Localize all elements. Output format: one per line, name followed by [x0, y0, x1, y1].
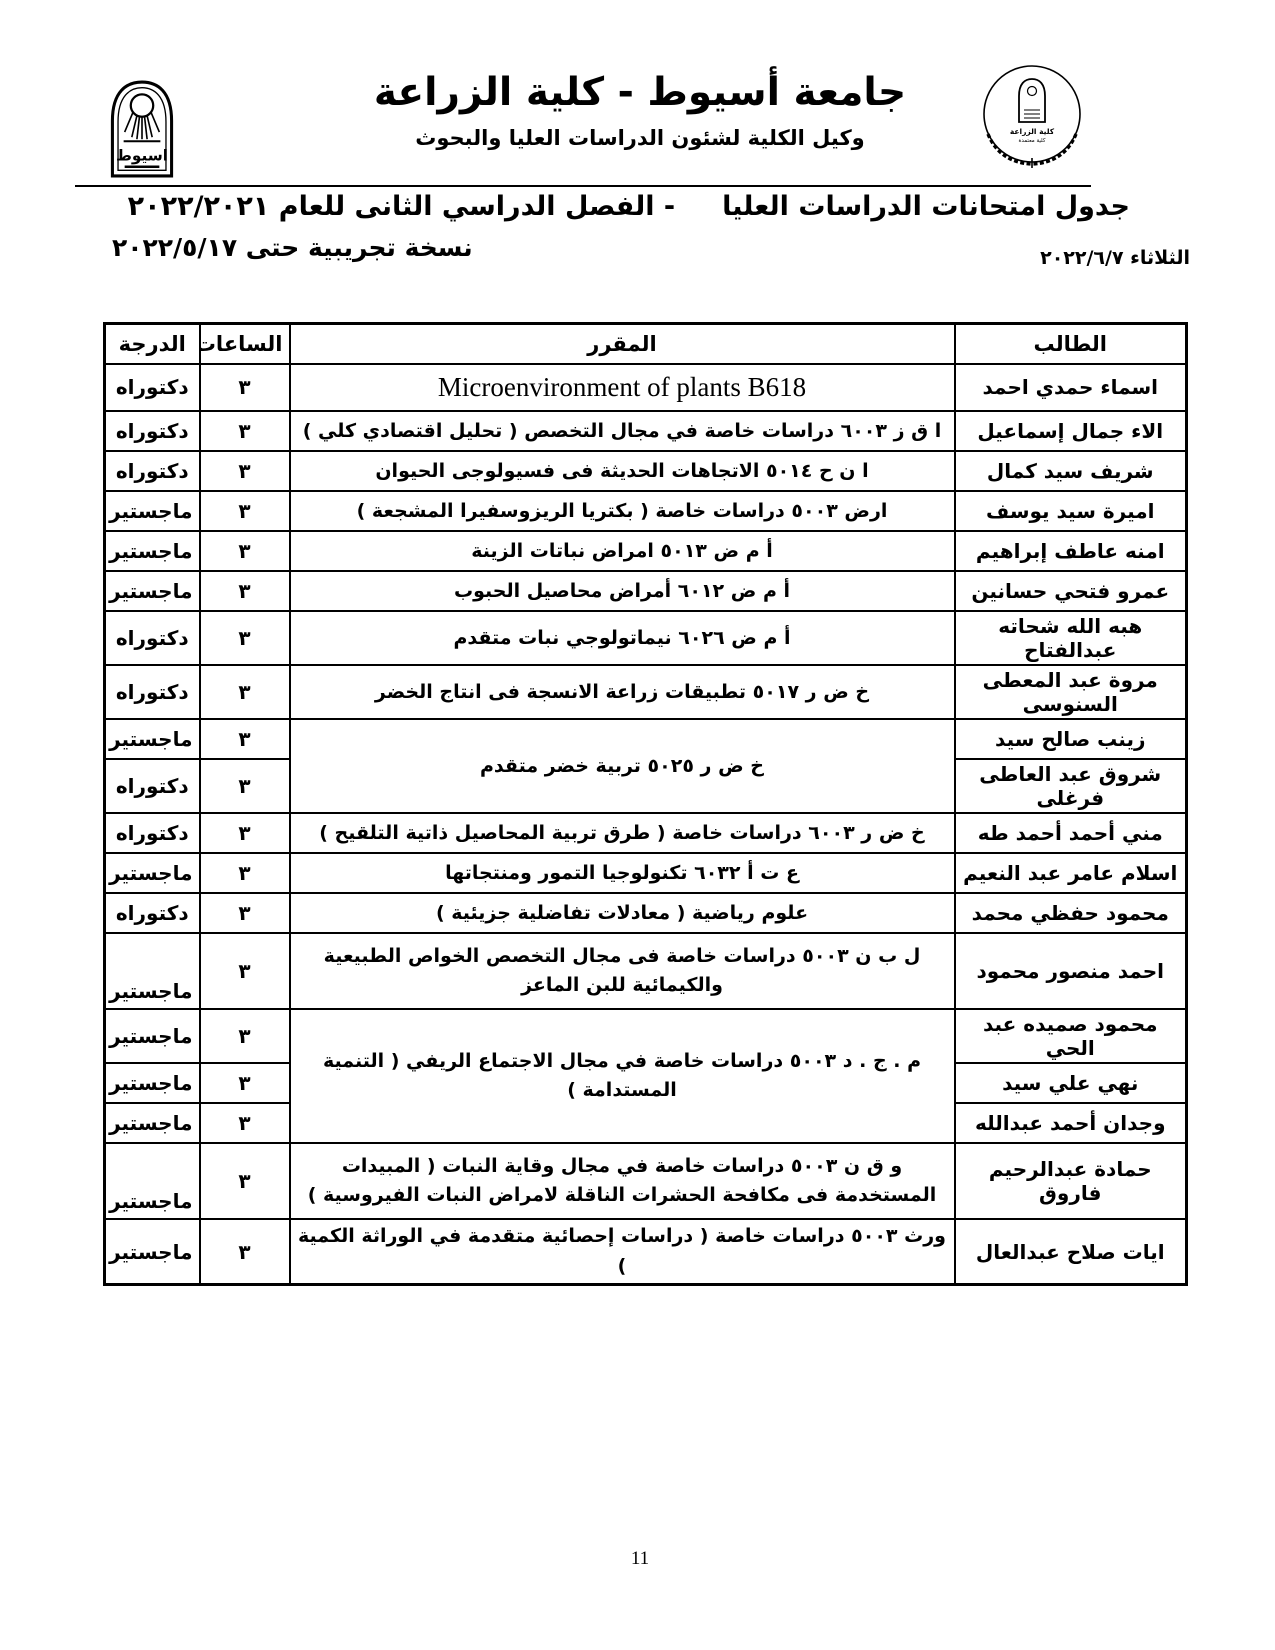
course-cell: ورث ٥٠٠٣ دراسات خاصة ( دراسات إحصائية مت… — [290, 1219, 955, 1284]
degree-cell: دكتوراه — [105, 611, 200, 665]
course-cell: Microenvironment of plants B618 — [290, 364, 955, 412]
degree-cell: ماجستير — [105, 719, 200, 759]
hours-cell: ٣ — [200, 933, 290, 1009]
hours-cell: ٣ — [200, 571, 290, 611]
schedule-title: جدول امتحانات الدراسات العليا - الفصل ال… — [130, 191, 1130, 222]
svg-text:الهيئة القومية لضمان جودة التع: الهيئة القومية لضمان جودة التعليم والاعت… — [969, 58, 973, 60]
table-header-row: الطالب المقرر الساعات الدرجة — [105, 324, 1187, 364]
degree-cell: دكتوراه — [105, 893, 200, 933]
hours-cell: ٣ — [200, 1219, 290, 1284]
table-row: محمود حفظي محمدعلوم رياضية ( معادلات تفا… — [105, 893, 1187, 933]
degree-cell: ماجستير — [105, 1219, 200, 1284]
student-cell: عمرو فتحي حسانين — [955, 571, 1187, 611]
course-cell: ع ت أ ٦٠٣٢ تكنولوجيا التمور ومنتجاتها — [290, 853, 955, 893]
table-row: الاء جمال إسماعيلا ق ز ٦٠٠٣ دراسات خاصة … — [105, 411, 1187, 451]
course-cell: م . ج . د ٥٠٠٣ دراسات خاصة في مجال الاجت… — [290, 1009, 955, 1143]
hours-cell: ٣ — [200, 665, 290, 719]
emblem-sun-icon — [131, 94, 153, 116]
course-cell: أ م ض ٦٠١٢ أمراض محاصيل الحبوب — [290, 571, 955, 611]
student-cell: وجدان أحمد عبدالله — [955, 1103, 1187, 1143]
emblem-city-label: اسيوط — [116, 147, 168, 165]
degree-cell: ماجستير — [105, 853, 200, 893]
table-row: امنه عاطف إبراهيمأ م ض ٥٠١٣ امراض نباتات… — [105, 531, 1187, 571]
seal-ring-text: ASSIUT UNIVERSITY FACULTY OF AGRICULTURE — [969, 58, 974, 60]
hours-cell: ٣ — [200, 611, 290, 665]
hours-cell: ٣ — [200, 491, 290, 531]
degree-cell: ماجستير — [105, 933, 200, 1009]
header-divider — [75, 185, 1091, 187]
table-row: هبه الله شحاته عبدالفتاحأ م ض ٦٠٢٦ نيمات… — [105, 611, 1187, 665]
col-header-course: المقرر — [290, 324, 955, 364]
hours-cell: ٣ — [200, 531, 290, 571]
table-row: ايات صلاح عبدالعالورث ٥٠٠٣ دراسات خاصة (… — [105, 1219, 1187, 1284]
hours-cell: ٣ — [200, 1103, 290, 1143]
hours-cell: ٣ — [200, 1143, 290, 1219]
course-cell: علوم رياضية ( معادلات تفاضلية جزيئية ) — [290, 893, 955, 933]
course-cell: ل ب ن ٥٠٠٣ دراسات خاصة فى مجال التخصص ال… — [290, 933, 955, 1009]
hours-cell: ٣ — [200, 813, 290, 853]
student-cell: احمد منصور محمود — [955, 933, 1187, 1009]
table-row: اسلام عامر عبد النعيمع ت أ ٦٠٣٢ تكنولوجي… — [105, 853, 1187, 893]
degree-cell: ماجستير — [105, 491, 200, 531]
hours-cell: ٣ — [200, 759, 290, 813]
hours-cell: ٣ — [200, 893, 290, 933]
hours-cell: ٣ — [200, 364, 290, 412]
student-cell: مني أحمد أحمد طه — [955, 813, 1187, 853]
hours-cell: ٣ — [200, 719, 290, 759]
hours-cell: ٣ — [200, 1009, 290, 1063]
table-row: محمود صميده عبد الحيم . ج . د ٥٠٠٣ دراسا… — [105, 1009, 1187, 1063]
weekday-date: الثلاثاء ٢٠٢٢/٦/٧ — [1040, 247, 1190, 269]
student-cell: الاء جمال إسماعيل — [955, 411, 1187, 451]
col-header-student: الطالب — [955, 324, 1187, 364]
student-cell: اميرة سيد يوسف — [955, 491, 1187, 531]
course-cell: ا ن ح ٥٠١٤ الاتجاهات الحديثة فى فسيولوجى… — [290, 451, 955, 491]
degree-cell: دكتوراه — [105, 813, 200, 853]
exam-table: الطالب المقرر الساعات الدرجة اسماء حمدي … — [103, 322, 1188, 1286]
table-row: حمادة عبدالرحيم فاروقو ق ن ٥٠٠٣ دراسات خ… — [105, 1143, 1187, 1219]
table-row: اسماء حمدي احمدMicroenvironment of plant… — [105, 364, 1187, 412]
course-cell: خ ض ر ٥٠١٧ تطبيقات زراعة الانسجة فى انتا… — [290, 665, 955, 719]
course-cell: ارض ٥٠٠٣ دراسات خاصة ( بكتريا الريزوسفير… — [290, 491, 955, 531]
svg-text:ASSIUT UNIVERSITY FACULTY OF A: ASSIUT UNIVERSITY FACULTY OF AGRICULTURE — [969, 58, 974, 60]
student-cell: محمود صميده عبد الحي — [955, 1009, 1187, 1063]
university-title: جامعة أسيوط - كلية الزراعة — [240, 70, 1040, 115]
hours-cell: ٣ — [200, 1063, 290, 1103]
course-cell: خ ض ر ٦٠٠٣ دراسات خاصة ( طرق تربية المحا… — [290, 813, 955, 853]
student-cell: محمود حفظي محمد — [955, 893, 1187, 933]
course-cell: و ق ن ٥٠٠٣ دراسات خاصة في مجال وقاية الن… — [290, 1143, 955, 1219]
table-row: عمرو فتحي حسانينأ م ض ٦٠١٢ أمراض محاصيل … — [105, 571, 1187, 611]
student-cell: هبه الله شحاته عبدالفتاح — [955, 611, 1187, 665]
degree-cell: دكتوراه — [105, 665, 200, 719]
col-header-hours: الساعات — [200, 324, 290, 364]
university-emblem-icon: اسيوط — [108, 78, 176, 180]
table-row: شريف سيد كمالا ن ح ٥٠١٤ الاتجاهات الحديث… — [105, 451, 1187, 491]
student-cell: شروق عبد العاطى فرغلى — [955, 759, 1187, 813]
table-row: مني أحمد أحمد طهخ ض ر ٦٠٠٣ دراسات خاصة (… — [105, 813, 1187, 853]
student-cell: اسلام عامر عبد النعيم — [955, 853, 1187, 893]
document-page: اسيوط ASSIUT UNIVERSITY FACULTY OF AGRIC… — [0, 0, 1275, 1650]
student-cell: ايات صلاح عبدالعال — [955, 1219, 1187, 1284]
table-body: اسماء حمدي احمدMicroenvironment of plant… — [105, 364, 1187, 1285]
student-cell: شريف سيد كمال — [955, 451, 1187, 491]
draft-version-note: نسخة تجريبية حتى ٢٠٢٢/٥/١٧ — [112, 233, 473, 262]
degree-cell: دكتوراه — [105, 364, 200, 412]
degree-cell: ماجستير — [105, 1009, 200, 1063]
degree-cell: ماجستير — [105, 1103, 200, 1143]
vice-dean-line: وكيل الكلية لشئون الدراسات العليا والبحو… — [240, 126, 1040, 150]
student-cell: مروة عبد المعطى السنوسى — [955, 665, 1187, 719]
degree-cell: دكتوراه — [105, 759, 200, 813]
student-cell: حمادة عبدالرحيم فاروق — [955, 1143, 1187, 1219]
student-cell: اسماء حمدي احمد — [955, 364, 1187, 412]
page-number: 11 — [620, 1548, 660, 1570]
table-row: زينب صالح سيدخ ض ر ٥٠٢٥ تربية خضر متقدم٣… — [105, 719, 1187, 759]
seal-ribbon-text: الهيئة القومية لضمان جودة التعليم والاعت… — [969, 58, 973, 60]
degree-cell: ماجستير — [105, 571, 200, 611]
degree-cell: دكتوراه — [105, 411, 200, 451]
course-cell: أ م ض ٥٠١٣ امراض نباتات الزينة — [290, 531, 955, 571]
degree-cell: ماجستير — [105, 1063, 200, 1103]
student-cell: امنه عاطف إبراهيم — [955, 531, 1187, 571]
student-cell: نهي علي سيد — [955, 1063, 1187, 1103]
degree-cell: ماجستير — [105, 531, 200, 571]
course-cell: خ ض ر ٥٠٢٥ تربية خضر متقدم — [290, 719, 955, 813]
student-cell: زينب صالح سيد — [955, 719, 1187, 759]
hours-cell: ٣ — [200, 411, 290, 451]
degree-cell: ماجستير — [105, 1143, 200, 1219]
table-row: مروة عبد المعطى السنوسىخ ض ر ٥٠١٧ تطبيقا… — [105, 665, 1187, 719]
hours-cell: ٣ — [200, 853, 290, 893]
degree-cell: دكتوراه — [105, 451, 200, 491]
hours-cell: ٣ — [200, 451, 290, 491]
course-cell: أ م ض ٦٠٢٦ نيماتولوجي نبات متقدم — [290, 611, 955, 665]
table-row: اميرة سيد يوسفارض ٥٠٠٣ دراسات خاصة ( بكت… — [105, 491, 1187, 531]
col-header-degree: الدرجة — [105, 324, 200, 364]
course-cell: ا ق ز ٦٠٠٣ دراسات خاصة في مجال التخصص ( … — [290, 411, 955, 451]
table-row: احمد منصور محمودل ب ن ٥٠٠٣ دراسات خاصة ف… — [105, 933, 1187, 1009]
